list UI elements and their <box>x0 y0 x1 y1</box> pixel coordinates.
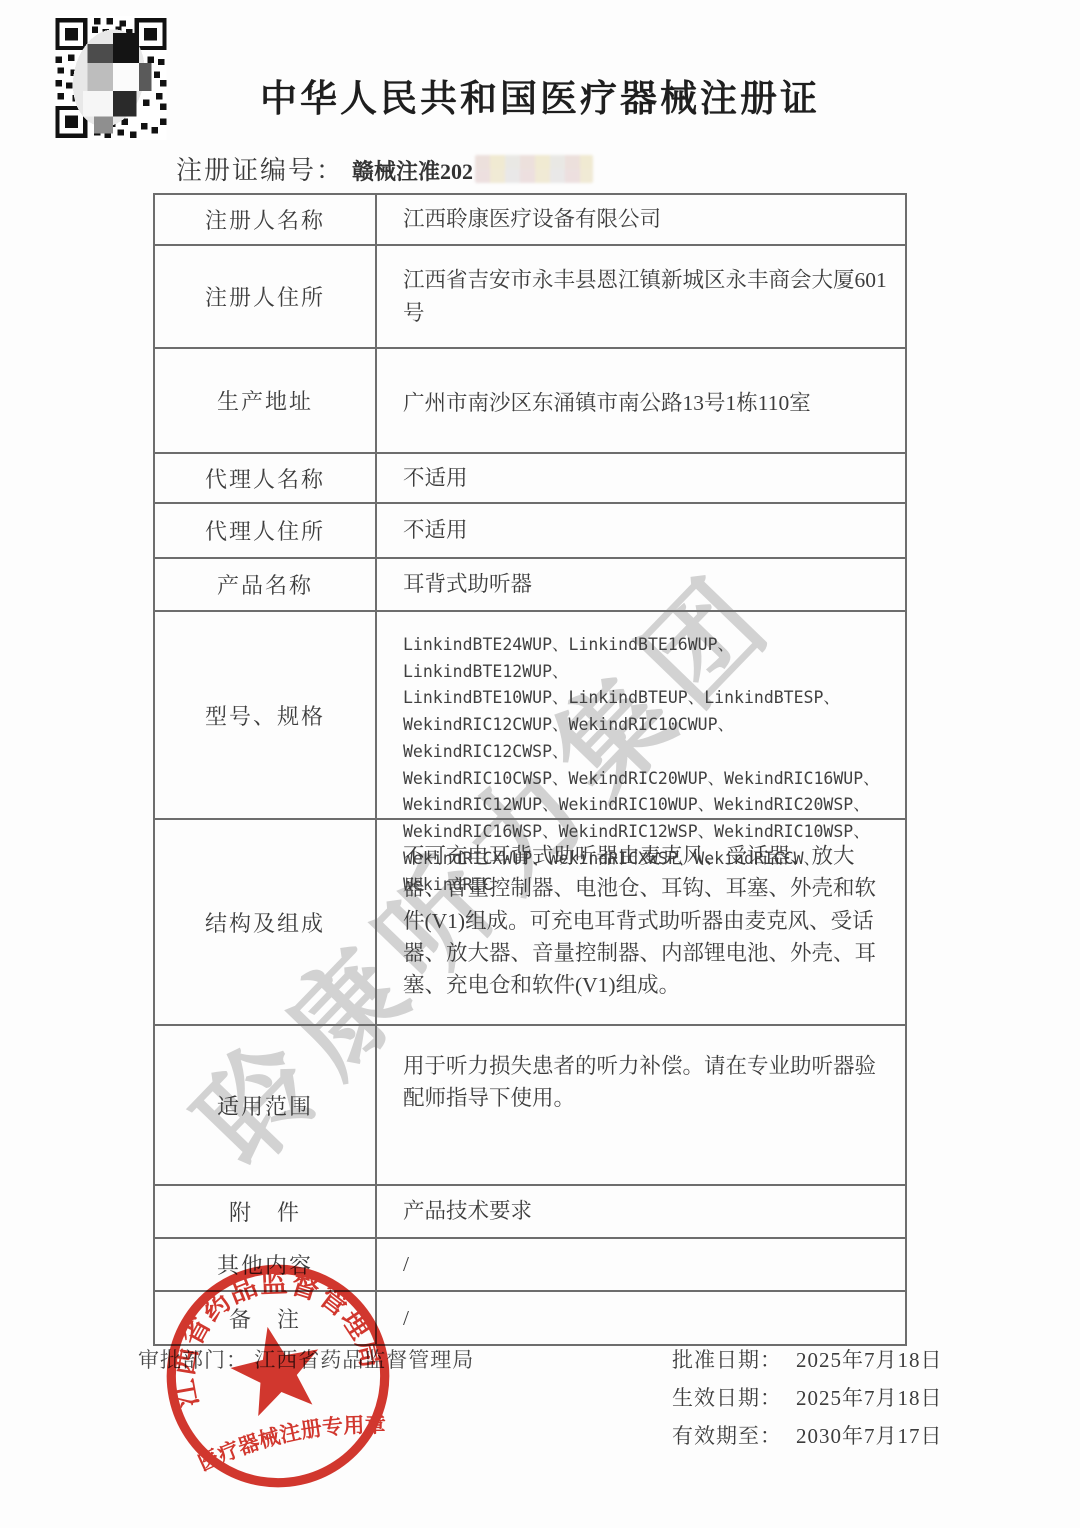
seal-type-text: 医疗器械注册专用章 <box>192 1401 391 1476</box>
row-value: 不适用 <box>377 454 905 502</box>
row-label: 备 注 <box>155 1292 377 1344</box>
row-label: 适用范围 <box>155 1026 377 1184</box>
approval-date-label: 批准日期： <box>672 1344 782 1374</box>
expiry-date-value: 2030年7月17日 <box>796 1420 943 1450</box>
expiry-date-label: 有效期至： <box>672 1420 782 1450</box>
row-label: 附 件 <box>155 1186 377 1237</box>
row-label: 结构及组成 <box>155 820 377 1024</box>
row-value: 用于听力损失患者的听力补偿。请在专业助听器验配师指导下使用。 <box>377 1026 905 1184</box>
registration-number-redacted <box>475 155 593 183</box>
effective-date-value: 2025年7月18日 <box>796 1382 943 1412</box>
table-row-production-address: 生产地址 广州市南沙区东涌镇市南公路13号1栋110室 <box>155 349 905 454</box>
row-value: 广州市南沙区东涌镇市南公路13号1栋110室 <box>377 349 905 452</box>
page-title: 中华人民共和国医疗器械注册证 <box>0 68 1080 122</box>
row-value: LinkindBTE24WUP、LinkindBTE16WUP、LinkindB… <box>377 612 905 818</box>
row-value: / <box>377 1292 905 1344</box>
row-value: 不可充电耳背式助听器由麦克风、受话器、放大器、音量控制器、电池仓、耳钩、耳塞、外… <box>377 820 905 1024</box>
registration-number-line: 注册证编号： 赣械注准202 <box>176 150 593 187</box>
table-row-intended-use: 适用范围 用于听力损失患者的听力补偿。请在专业助听器验配师指导下使用。 <box>155 1026 905 1186</box>
table-row-other-content: 其他内容 / <box>155 1239 905 1292</box>
row-value: 耳背式助听器 <box>377 559 905 610</box>
row-value: 不适用 <box>377 504 905 557</box>
expiry-date-row: 有效期至： 2030年7月17日 <box>672 1416 943 1454</box>
row-label: 型号、规格 <box>155 612 377 818</box>
svg-text:医疗器械注册专用章: 医疗器械注册专用章 <box>192 1401 391 1476</box>
approval-department-label: 审批部门： <box>138 1348 248 1372</box>
row-label: 注册人住所 <box>155 246 377 347</box>
row-value: 江西聆康医疗设备有限公司 <box>377 195 905 244</box>
row-label: 其他内容 <box>155 1239 377 1290</box>
approval-date-row: 批准日期： 2025年7月18日 <box>672 1340 943 1378</box>
row-label: 代理人住所 <box>155 504 377 557</box>
row-label: 生产地址 <box>155 349 377 452</box>
registration-number-label: 注册证编号： <box>176 150 344 187</box>
row-value: / <box>377 1239 905 1290</box>
certificate-table: 注册人名称 江西聆康医疗设备有限公司 注册人住所 江西省吉安市永丰县恩江镇新城区… <box>153 193 907 1346</box>
table-row-remarks: 备 注 / <box>155 1292 905 1344</box>
table-row-attachment: 附 件 产品技术要求 <box>155 1186 905 1239</box>
table-row-agent-address: 代理人住所 不适用 <box>155 504 905 559</box>
certificate-page: 中华人民共和国医疗器械注册证 注册证编号： 赣械注准202 聆康听力集团 注册人… <box>0 0 1080 1528</box>
table-row-product-name: 产品名称 耳背式助听器 <box>155 559 905 612</box>
approval-date-value: 2025年7月18日 <box>796 1344 943 1374</box>
table-row-registrant-address: 注册人住所 江西省吉安市永丰县恩江镇新城区永丰商会大厦601号 <box>155 246 905 349</box>
dates-block: 批准日期： 2025年7月18日 生效日期： 2025年7月18日 有效期至： … <box>672 1340 943 1454</box>
registration-number-prefix: 赣械注准202 <box>352 155 473 186</box>
row-value: 产品技术要求 <box>377 1186 905 1237</box>
row-label: 注册人名称 <box>155 195 377 244</box>
table-row-model-spec: 型号、规格 LinkindBTE24WUP、LinkindBTE16WUP、Li… <box>155 612 905 820</box>
approval-department-line: 审批部门： 江西省药品监督管理局 <box>138 1344 474 1374</box>
effective-date-label: 生效日期： <box>672 1382 782 1412</box>
table-row-agent-name: 代理人名称 不适用 <box>155 454 905 504</box>
row-value: 江西省吉安市永丰县恩江镇新城区永丰商会大厦601号 <box>377 246 905 347</box>
table-row-structure-composition: 结构及组成 不可充电耳背式助听器由麦克风、受话器、放大器、音量控制器、电池仓、耳… <box>155 820 905 1026</box>
row-label: 代理人名称 <box>155 454 377 502</box>
approval-department-value: 江西省药品监督管理局 <box>254 1348 474 1372</box>
table-row-registrant-name: 注册人名称 江西聆康医疗设备有限公司 <box>155 195 905 246</box>
effective-date-row: 生效日期： 2025年7月18日 <box>672 1378 943 1416</box>
row-label: 产品名称 <box>155 559 377 610</box>
